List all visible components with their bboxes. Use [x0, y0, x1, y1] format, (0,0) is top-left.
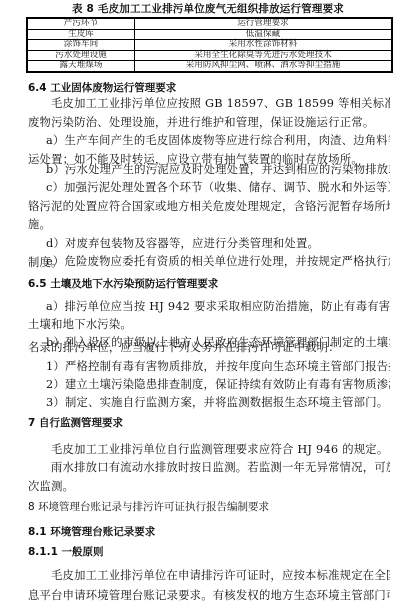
table-row: 污水处理设施 采用全生化除臭等先进污水处理技术: [27, 50, 392, 61]
paragraph-line: 毛皮加工工业排污单位在申请排污许可证时，应按本标准规定在全国排污许可证管理信: [51, 569, 390, 583]
table-cell: 采用全生化除臭等先进污水处理技术: [135, 50, 393, 61]
list-item-1: 1）严格控制有毒有害物质排放，并按年度向生态环境主管部门报告排放情况；: [46, 360, 390, 374]
table-row: 涂饰车间 采用水性涂饰材料: [27, 40, 392, 51]
section-heading-7: 7 自行监测管理要求: [28, 416, 390, 430]
list-item-c: c）加强污泥处理处置各个环节（收集、储存、调节、脱水和外运等）的运行管理，含: [46, 181, 390, 195]
paragraph-line: 制度。: [28, 256, 390, 270]
paragraph-line: 毛皮加工工业排污单位应按照 GB 18597、GB 18599 等相关标准规范要…: [51, 97, 390, 111]
section-heading-8: 8 环境管理台账记录与排污许可证执行报告编制要求: [28, 500, 390, 514]
document-page: 表 8 毛皮加工工业排污单位废气无组织排放运行管理要求 产污环节 运行管理要求 …: [0, 0, 416, 606]
list-item-b: b）污水处理产生的污泥应及时处理处置，并达到相应的污染物排放或控制标准要求。: [46, 163, 390, 177]
table-header-row: 产污环节 运行管理要求: [27, 18, 392, 29]
header-cell: 产污环节: [27, 18, 135, 29]
paragraph-line: 息平台申请环境管理台账记录要求。有核发权的地方生态环境主管部门可以依据法律法规、: [28, 589, 390, 603]
section-heading-8-1: 8.1 环境管理台账记录要求: [28, 525, 390, 539]
section-heading-6-5: 6.5 土壤及地下水污染预防运行管理要求: [28, 277, 390, 291]
paragraph-line: 铬污泥的处置应符合国家或地方相关危废处理规定，含铬污泥暂存场所地面应采取防渗漏措: [28, 200, 390, 214]
table-8: 产污环节 运行管理要求 生皮库 低温保藏 涂饰车间 采用水性涂饰材料 污水处理设…: [26, 17, 393, 73]
list-item-a: a）生产车间产生的毛皮固体废物等应进行综合利用，肉渣、边角料等固体废物及时转: [46, 134, 390, 148]
paragraph-line: 名录的排污单位，应当履行下列义务并在排污许可证中载明：: [28, 341, 390, 355]
table-cell: 生皮库: [27, 29, 135, 40]
section-heading-6-4: 6.4 工业固体废物运行管理要求: [28, 81, 390, 95]
table-row: 露天堆煤场 采用防风抑尘网、喷淋、洒水等抑尘措施: [27, 61, 392, 72]
list-item-d: d）对废弃包装物及容器等，应进行分类管理和处置。: [46, 237, 390, 251]
section-heading-8-1-1: 8.1.1 一般原则: [28, 545, 390, 559]
paragraph-line: 次监测。: [28, 480, 390, 494]
table-row: 生皮库 低温保藏: [27, 29, 392, 40]
table-caption: 表 8 毛皮加工工业排污单位废气无组织排放运行管理要求: [0, 3, 416, 16]
header-cell: 运行管理要求: [135, 18, 393, 29]
table-cell: 采用防风抑尘网、喷淋、洒水等抑尘措施: [135, 61, 393, 72]
paragraph-line: 土壤和地下水污染。: [28, 318, 390, 332]
table-cell: 采用水性涂饰材料: [135, 40, 393, 51]
list-item-2: 2）建立土壤污染隐患排查制度，保证持续有效防止有毒有害物质渗漏、流失、扬散；: [46, 378, 390, 392]
paragraph-line: 雨水排放口有流动水排放时按日监测。若监测一年无异常情况，可放宽至每季度开展一: [51, 461, 390, 475]
paragraph-line: 施。: [28, 218, 390, 232]
paragraph-line: 废物污染防治、处理设施，并进行维护和管理，保证设施运行正常。: [28, 116, 390, 130]
list-item-a: a）排污单位应当按 HJ 942 要求采取相应防治措施，防止有毒有害物质渗漏、泄…: [46, 300, 390, 314]
list-item-3: 3）制定、实施自行监测方案，并将监测数据报生态环境主管部门。: [46, 396, 390, 410]
table-cell: 露天堆煤场: [27, 61, 135, 72]
paragraph-line: 毛皮加工工业排污单位自行监测管理要求应符合 HJ 946 的规定。: [51, 443, 390, 457]
table-cell: 污水处理设施: [27, 50, 135, 61]
table-cell: 低温保藏: [135, 29, 393, 40]
table-cell: 涂饰车间: [27, 40, 135, 51]
